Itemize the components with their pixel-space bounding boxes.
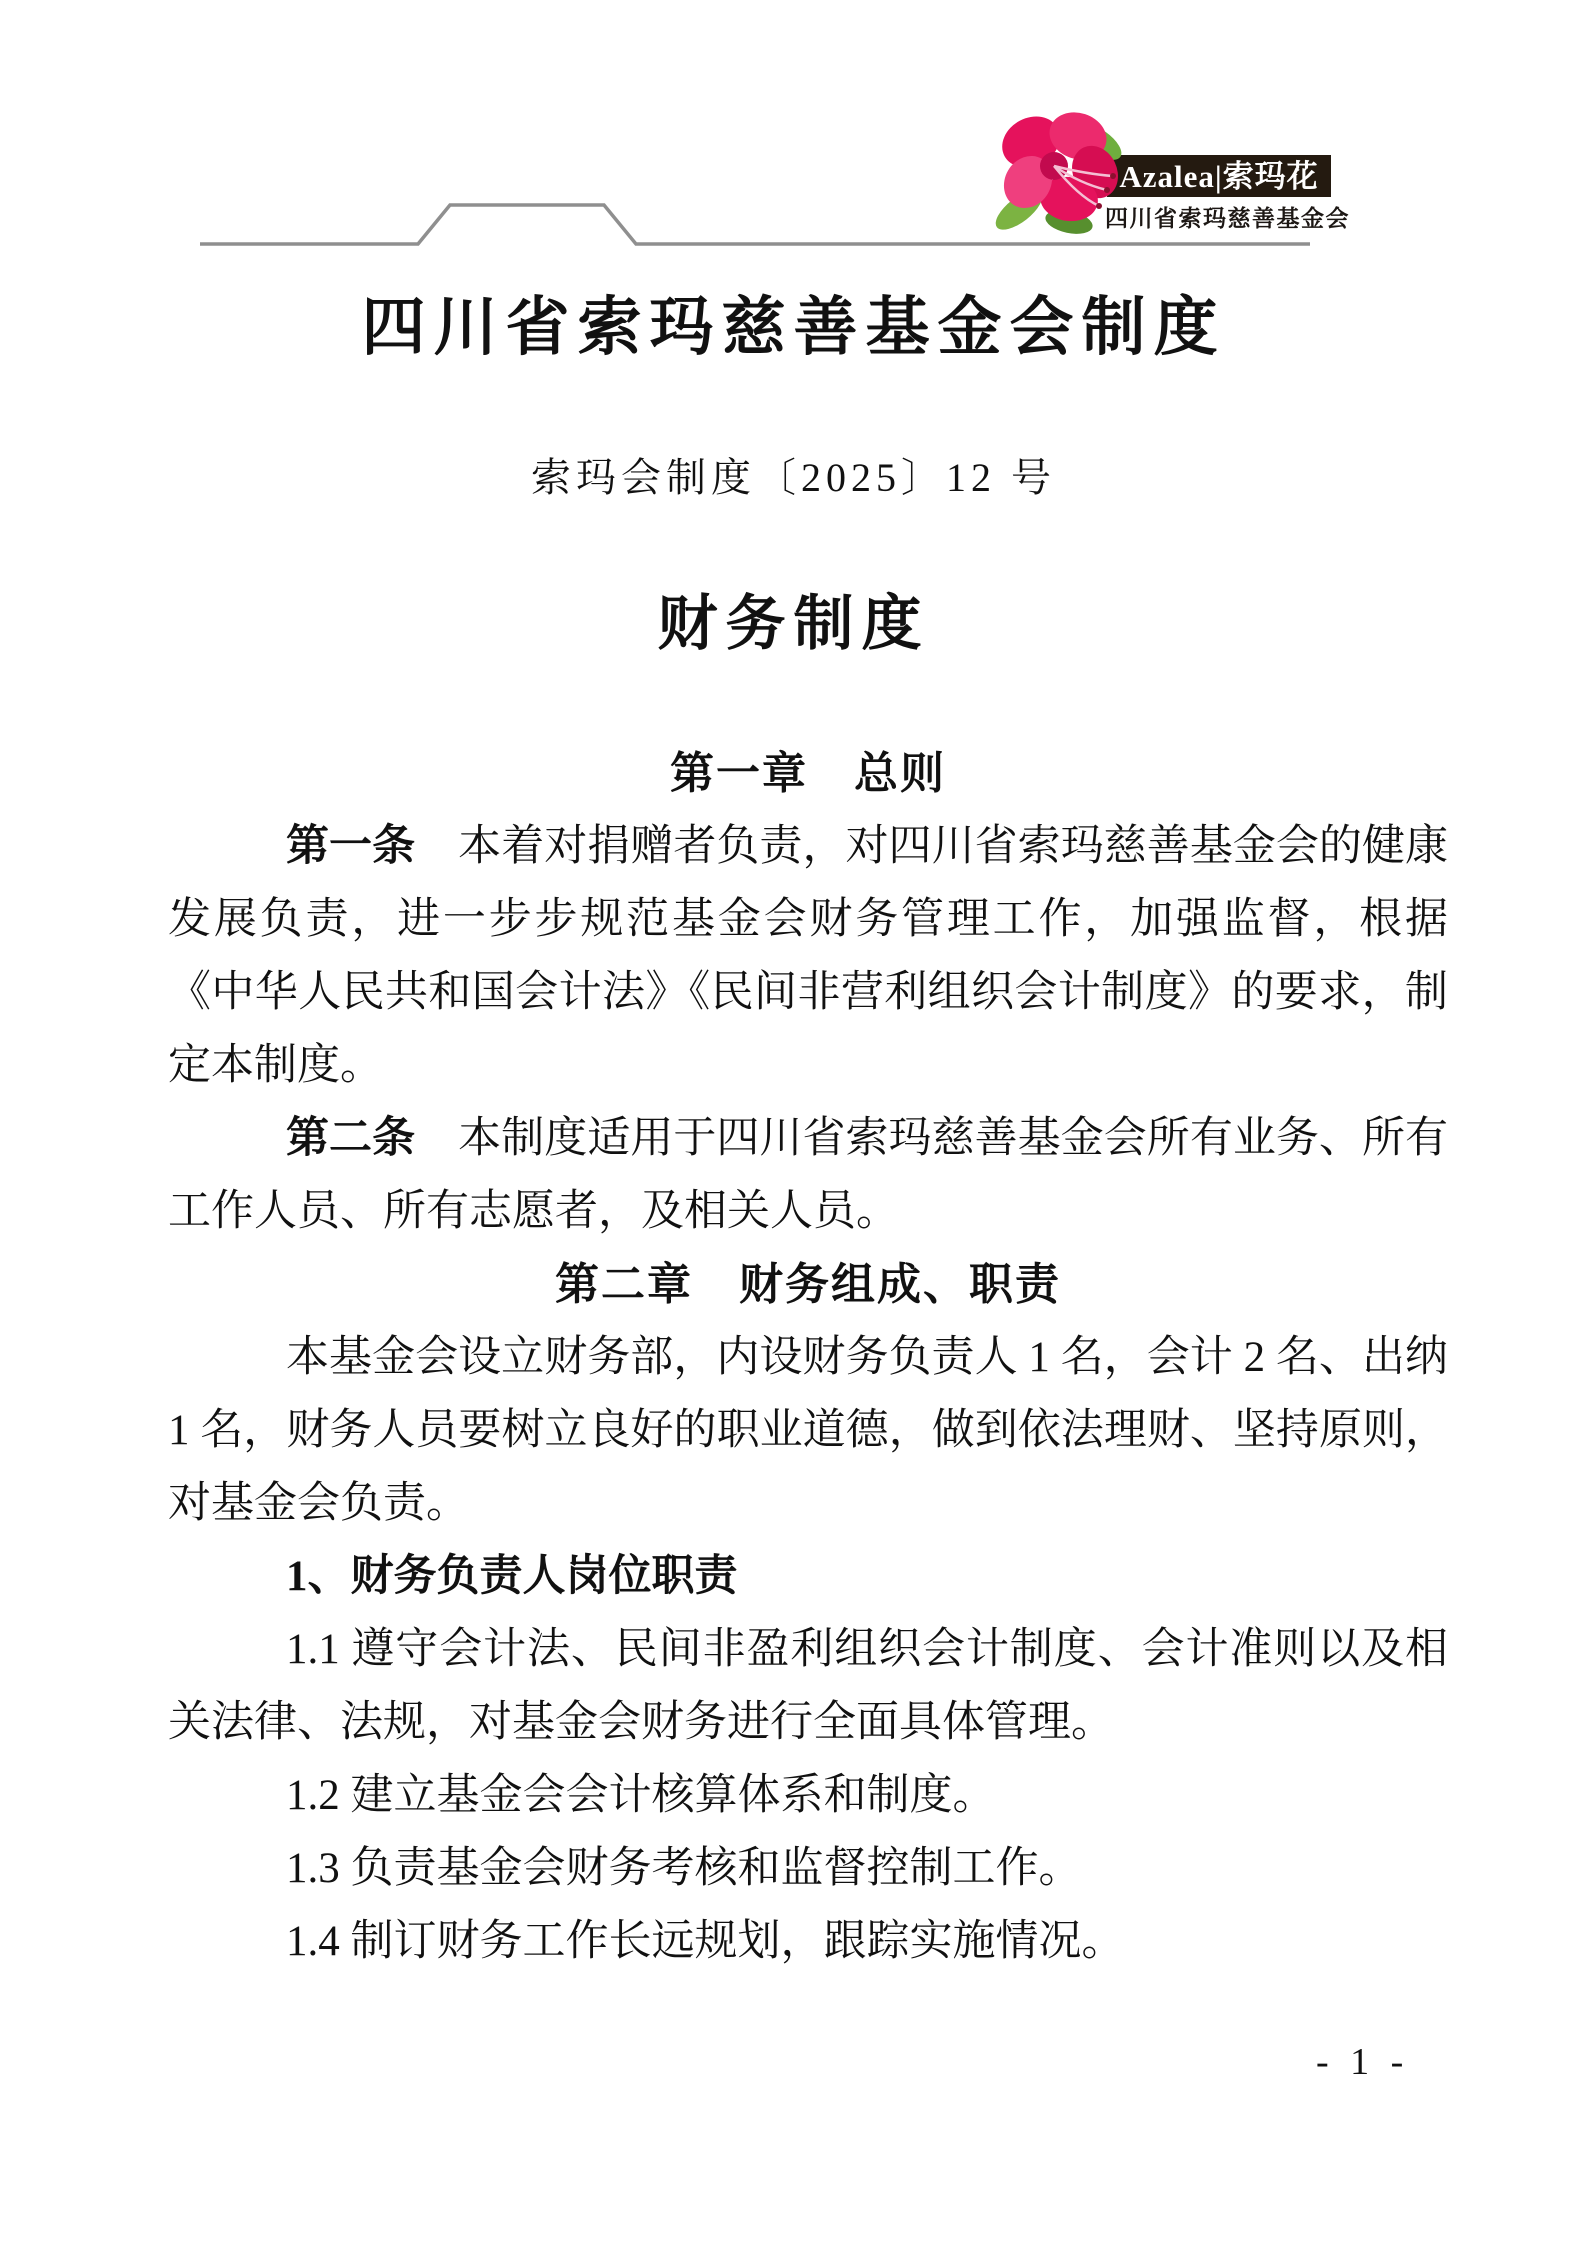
org-logo: Azalea|索玛花 四川省索玛慈善基金会	[985, 88, 1337, 248]
document-title: 四川省索玛慈善基金会制度	[0, 276, 1587, 368]
duty-item-1-2: 1.2 建立基金会会计核算体系和制度。	[168, 1759, 1448, 1832]
duty-item-1-4: 1.4 制订财务工作长远规划，跟踪实施情况。	[168, 1905, 1448, 1978]
document-number: 索玛会制度〔2025〕12 号	[0, 446, 1587, 503]
chapter-1-heading: 第一章 总则	[168, 737, 1448, 810]
duty-list-heading: 1、财务负责人岗位职责	[168, 1540, 1448, 1613]
article-1-paragraph: 第一条 本着对捐赠者负责，对四川省索玛慈善基金会的健康发展负责，进一步步规范基金…	[168, 810, 1448, 1102]
chapter-2-heading: 第二章 财务组成、职责	[168, 1248, 1448, 1321]
logo-org-text: 四川省索玛慈善基金会	[1105, 200, 1333, 233]
document-body: 第一章 总则 第一条 本着对捐赠者负责，对四川省索玛慈善基金会的健康发展负责，进…	[168, 737, 1448, 1978]
finance-dept-paragraph: 本基金会设立财务部，内设财务负责人 1 名，会计 2 名、出纳 1 名，财务人员…	[168, 1321, 1448, 1540]
logo-brand-text: Azalea|索玛花	[1119, 159, 1318, 194]
logo-banner: Azalea|索玛花	[1107, 155, 1331, 197]
article-2-paragraph: 第二条 本制度适用于四川省索玛慈善基金会所有业务、所有工作人员、所有志愿者，及相…	[168, 1102, 1448, 1248]
page-number: - 1 -	[1316, 2040, 1409, 2084]
article-2-lead: 第二条	[286, 1115, 415, 1162]
document-page: Azalea|索玛花 四川省索玛慈善基金会 四川省索玛慈善基金会制度 索玛会制度…	[0, 0, 1587, 2245]
article-1-lead: 第一条	[286, 823, 415, 870]
duty-item-1-1: 1.1 遵守会计法、民间非盈利组织会计制度、会计准则以及相关法律、法规，对基金会…	[168, 1613, 1448, 1759]
azalea-flower-icon	[985, 102, 1137, 240]
duty-item-1-3: 1.3 负责基金会财务考核和监督控制工作。	[168, 1832, 1448, 1905]
document-subtitle: 财务制度	[0, 576, 1587, 662]
